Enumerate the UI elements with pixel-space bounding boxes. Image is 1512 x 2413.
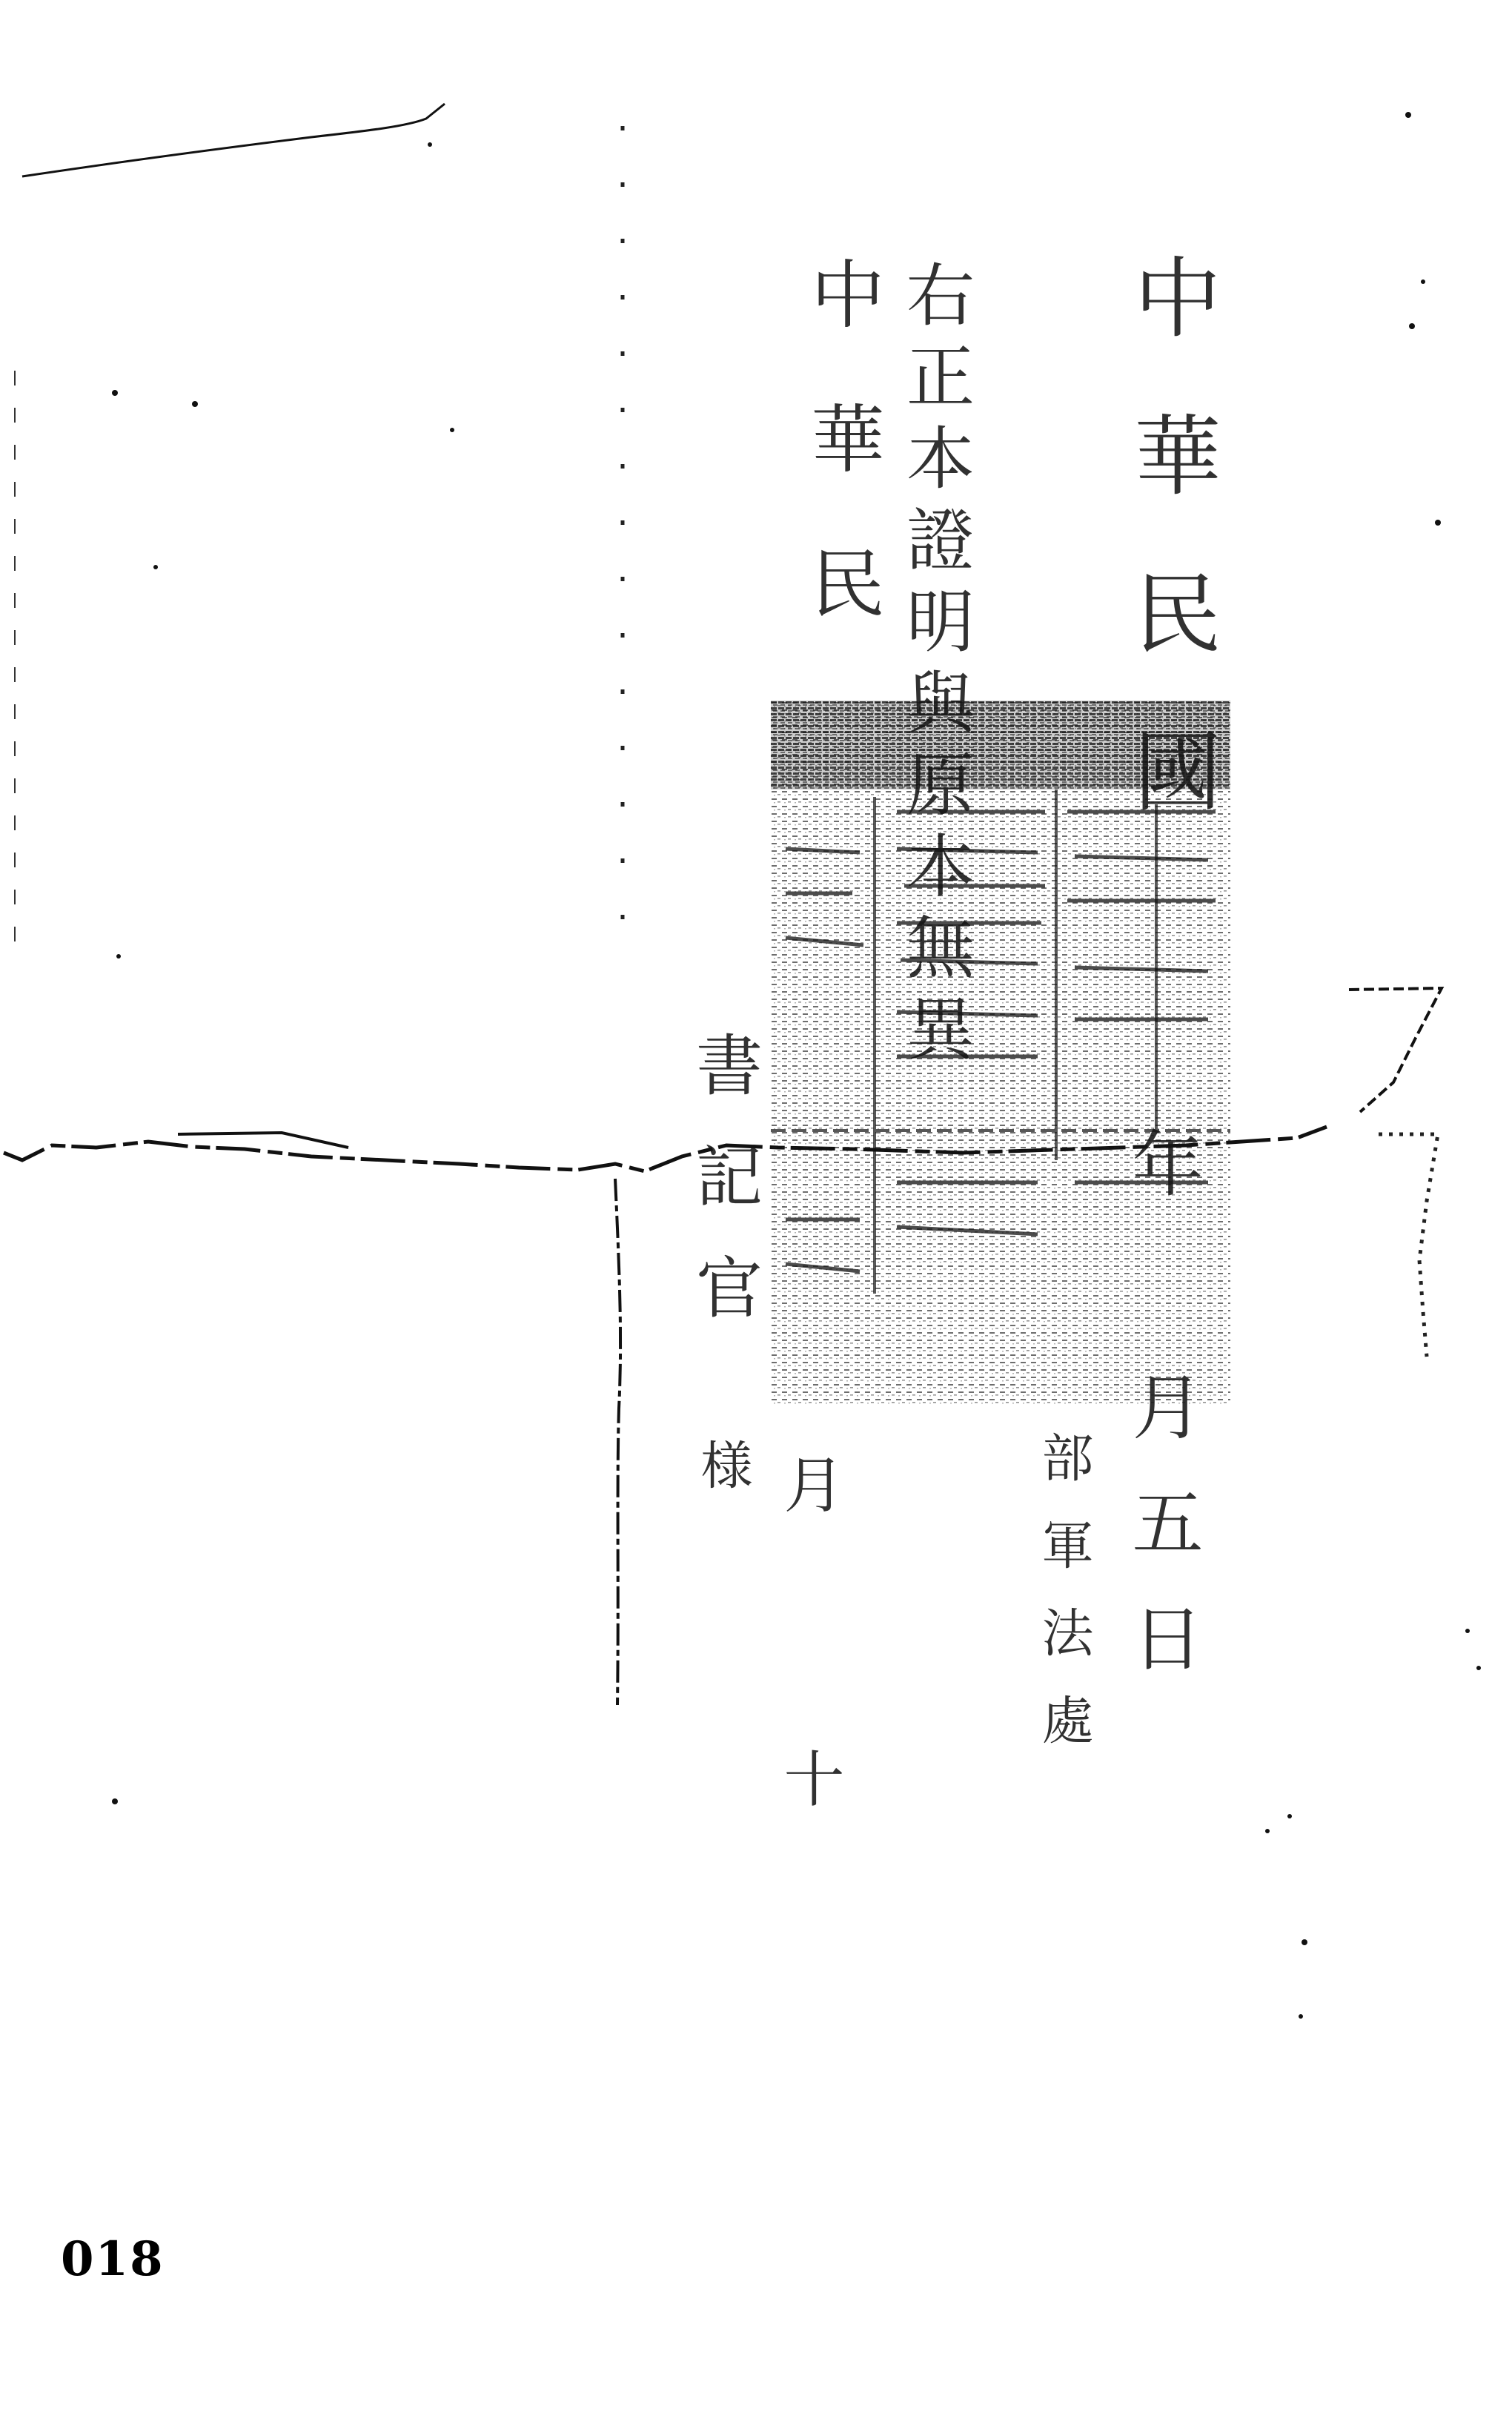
- certified-date-month-day: 月 十: [778, 1453, 839, 1890]
- issue-date-prefix: 中華民國: [1127, 252, 1214, 884]
- page-number: 018: [61, 2231, 165, 2287]
- certified-date-prefix: 中華民: [804, 256, 878, 689]
- corner-fold-mark: [1349, 988, 1442, 1112]
- scanned-document-page: 中華民國 年 月五日 部軍法處 右正本證明與原本無異 中華民 月 十 書記官 様…: [0, 0, 1512, 2413]
- issuing-office: 部軍法處: [1038, 1431, 1090, 1781]
- clerk-signature-mark: 様: [697, 1438, 749, 1490]
- corner-fold-mark-lower: [1379, 1134, 1438, 1357]
- issue-date-month-day: 年 月五日: [1127, 1127, 1198, 1717]
- clerk-title: 書記官: [689, 1030, 756, 1364]
- paper-edge-line: [22, 104, 445, 176]
- vertical-fold-lower: [615, 1179, 620, 1705]
- certification-statement: 右正本證明與原本無異: [901, 259, 969, 1075]
